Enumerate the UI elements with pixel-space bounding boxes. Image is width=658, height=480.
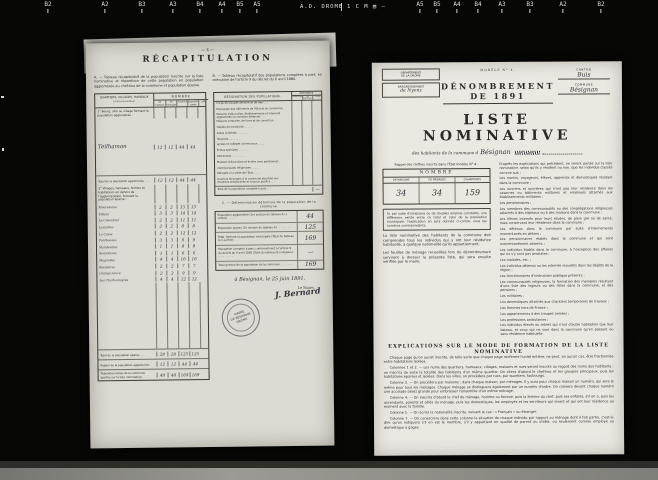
nombre-box: NOMBRE DE MAISONSDE MÉNAGESD'HABITANTS 3… — [382, 168, 490, 205]
row-value: 169 — [190, 372, 201, 377]
hamlet-value: 2 — [155, 204, 166, 209]
hamlet-value: 12 — [177, 276, 188, 281]
hamlet-value: 2 — [166, 204, 177, 209]
microfilm-frame: A.D. DROME 1 C M ▤ — B2A2B3A3B4A4B5A5A5B… — [0, 0, 658, 480]
row-value: 12 — [165, 144, 176, 149]
hamlet-value: 4 — [166, 277, 177, 282]
film-marker-tick — [456, 9, 457, 13]
film-marker-tick — [477, 9, 478, 13]
category-paragraph: Les membres des communautés ou des congr… — [500, 206, 613, 215]
film-marker-tick — [501, 9, 502, 13]
row-value: 12 — [165, 178, 176, 183]
crossed-out-scribble — [515, 151, 541, 155]
category-paragraph: Les professions ambulantes ; — [500, 317, 613, 322]
table-b-comptees-a-part: DÉSIGNATION DES POPULATIONS. NOMBRE d'ho… — [213, 91, 323, 196]
table-b-subcolumn-label: total — [312, 96, 322, 100]
row-value: 44 — [178, 362, 189, 367]
instruction-paragraph: La liste nominative des habitants de la … — [383, 233, 491, 248]
nombre-box-values: 3434159 — [384, 183, 490, 204]
hamlet-value: 2 — [166, 270, 177, 275]
explanations-paragraphs: Chaque page qu'on aurait inscrite, de te… — [384, 354, 614, 430]
closing-block: à Bésignan, le 25 juin 1891. Le Maire, J… — [215, 275, 325, 346]
table-c-row-label: Population comptée à part, conformément … — [216, 245, 297, 261]
film-marker: A3 — [498, 2, 505, 13]
hamlet-value: 1 — [166, 244, 177, 249]
category-paragraph: Les élèves internés pour leurs études, d… — [500, 216, 613, 225]
category-paragraph: Les individus établis dans la commune, à… — [500, 247, 613, 256]
hamlet-value: 16 — [188, 257, 199, 262]
category-paragraph: Les ouvriers et ouvrières qui n'ont pas … — [500, 186, 613, 200]
section-c-heading: C. — Détermination définitive de la popu… — [214, 199, 323, 208]
hamlet-value: 4 — [166, 257, 177, 262]
film-marker-label: B2 — [44, 2, 51, 8]
film-marker-label: B3 — [138, 2, 145, 8]
hamlet-value: 6 — [188, 250, 199, 255]
intro-paragraph-b: B. — Tableau récapitulatif des populatio… — [212, 73, 322, 88]
hamlet-value: 2 — [155, 224, 166, 229]
film-marker-tick — [172, 9, 173, 13]
instruction-paragraph: Les feuilles de ménage recueillies lors … — [383, 250, 491, 265]
film-separator-bar — [341, 3, 342, 11]
category-paragraph: Les pensionnaires établis dans la commun… — [500, 237, 613, 246]
table-c-row-value: — — [297, 244, 323, 259]
film-marker-label: B3 — [526, 2, 533, 8]
film-marker-label: A4 — [453, 2, 460, 8]
hamlet-value: 2 — [166, 230, 177, 235]
stamp-text: MAIRIE — [234, 310, 245, 317]
table-a-subcolumn-label: d'individus — [176, 101, 187, 107]
modele-label: MODÈLE N° 4. — [440, 68, 556, 73]
hamlet-value: 8 — [188, 243, 199, 248]
row-value: 12 — [154, 178, 165, 183]
row-value: 12 — [154, 144, 165, 149]
film-marker: A4 — [218, 2, 225, 13]
dotted-line — [543, 149, 583, 154]
hamlet-value: 2 — [166, 263, 177, 268]
hamlet-value: 7 — [177, 263, 188, 268]
film-marker: B3 — [138, 2, 145, 13]
right-column-paragraphs: D'après les explications qui précèdent, … — [499, 161, 613, 338]
film-marker-label: A3 — [169, 2, 176, 8]
hamlet-value: 12 — [177, 230, 188, 235]
row-value: 12 — [156, 362, 167, 367]
hamlet-value: 9 — [188, 237, 199, 242]
table-c-row: Population éparse (2e section du tableau… — [216, 222, 323, 233]
film-code-label: 1 C M ▤ — — [347, 4, 386, 10]
category-paragraph: Les pensionnaires ; — [500, 200, 613, 205]
stamp-text: DRÔME — [236, 317, 248, 324]
canton-value: Buis — [558, 71, 610, 79]
table-a-subcolumn-label: de ménages — [165, 101, 176, 107]
row-value: 44 — [189, 361, 200, 366]
date-line: à Bésignan, le 25 juin 1891. — [215, 275, 324, 282]
category-paragraph: Les communautés religieuses, la formatio… — [500, 279, 613, 293]
hamlet-value: 2 — [155, 264, 166, 269]
nombre-value: 34 — [419, 183, 454, 203]
row-value: 44 — [187, 144, 198, 149]
table-c-row-value: 169 — [297, 260, 323, 269]
stamp-text: DE BÉSIGNAN — [230, 312, 251, 322]
film-marker-tick — [221, 9, 222, 13]
film-marker-label: B5 — [236, 2, 243, 8]
film-marker-tick — [47, 9, 48, 13]
table-a-subcolumn-label: obs. — [198, 100, 208, 106]
row-value: 40 — [168, 372, 179, 377]
category-paragraph: Les domestiques attachés aux chantiers t… — [500, 299, 613, 304]
category-paragraph: Les détenus dans la commune par suite d'… — [500, 227, 613, 236]
explanation-paragraph: Colonne 5. — On écrira la nationalité in… — [384, 409, 614, 415]
explanation-paragraph: Colonne 3. — On procédera par maisons ; … — [384, 380, 614, 395]
film-marker: A2 — [559, 2, 566, 13]
film-marker-tick — [239, 9, 240, 13]
hamlet-value: 1 — [155, 250, 166, 255]
table-a-subcolumns: de maisonsde ménagesd'individuspopulatio… — [154, 100, 208, 107]
row-value: 169 — [179, 372, 190, 377]
section2-label: 2° Villages, hameaux, fermes et habitati… — [96, 185, 154, 204]
film-marker-tick — [562, 9, 563, 13]
film-marker-label: B4 — [196, 2, 203, 8]
hamlet-value: 9 — [177, 237, 188, 242]
hamlet-value: 11 — [177, 217, 188, 222]
film-marker: B4 — [196, 2, 203, 13]
commune-value: Bésignan — [558, 86, 610, 94]
row-label: Total de la population éparse . . . — [98, 351, 156, 358]
table-c-row-label: Population agglomérée (1re section du ta… — [216, 211, 297, 223]
departement-value: DE LA DROME — [384, 74, 438, 78]
table-b-total-label: Total de la population comptée à part . … — [215, 188, 292, 193]
film-marker-label: B5 — [433, 2, 440, 8]
row-value: 12 — [167, 362, 178, 367]
film-marker: A3 — [169, 2, 176, 13]
table-b-rows: Corps de troupes de terre et de mer . . … — [214, 101, 322, 186]
film-marker-label: A5 — [416, 2, 423, 8]
category-paragraph: Les appartements à des troupes armées ; — [500, 311, 613, 316]
film-marker-tick — [529, 9, 530, 13]
table-b-header: DÉSIGNATION DES POPULATIONS. — [214, 92, 291, 101]
arrondissement-value: de Nyons — [384, 89, 438, 95]
explanation-paragraph: Colonne 4. — On inscrira d'abord le chef… — [384, 394, 614, 409]
film-marker: B2 — [597, 2, 604, 13]
film-archive-label: A.D. DROME — [300, 4, 343, 10]
hamlet-value: 16 — [177, 257, 188, 262]
hamlet-value: 14 — [188, 210, 199, 215]
nombre-value: 34 — [384, 183, 419, 203]
film-marker: B5 — [433, 2, 440, 13]
table-a-subcolumn-label: population totale — [187, 100, 198, 106]
film-header-strip: A.D. DROME 1 C M ▤ — B2A2B3A3B4A4B5A5A5B… — [0, 0, 658, 16]
film-marker-label: B4 — [474, 2, 481, 8]
table-c-row: Total, formant la population municipale … — [216, 231, 323, 245]
row-label: Total de la population agglomérée . . . — [96, 178, 154, 185]
row-value: 28 — [167, 352, 178, 357]
category-paragraph: Les malades, etc. ; — [500, 257, 613, 262]
film-bottom-edge — [0, 468, 658, 480]
hamlet-value: 2 — [155, 217, 166, 222]
hamlet-value: 2 — [155, 270, 166, 275]
left-column-paragraphs: La liste nominative des habitants de la … — [383, 233, 491, 265]
liste-nominative-title: LISTE NOMINATIVE — [382, 111, 612, 144]
hamlet-value: 3 — [166, 211, 177, 216]
rappel-caption: Rappel des chiffres inscrits dans l'État… — [382, 162, 490, 167]
row-label: Rappel de la population agglomérée . — [98, 361, 156, 368]
hamlet-value: 9 — [177, 270, 188, 275]
hamlet-value: 3 — [166, 237, 177, 242]
row-value: 44 — [187, 177, 198, 182]
liste-nominative-page: DÉPARTEMENT DE LA DROME ARRONDISSEMENT d… — [372, 61, 624, 456]
film-marker-tick — [104, 9, 105, 13]
hamlet-value: 12 — [188, 230, 199, 235]
hamlet-value: 1 — [155, 244, 166, 249]
row-value: 28 — [156, 352, 167, 357]
hamlet-value: 8 — [177, 243, 188, 248]
film-marker-tick — [436, 9, 437, 13]
row-value: 125 — [189, 351, 200, 356]
category-paragraph: Les femmes hors de France ; — [500, 305, 613, 310]
category-paragraph: Les militaires ; — [500, 293, 613, 298]
row-value: 125 — [178, 352, 189, 357]
film-marker-tick — [199, 9, 200, 13]
table-c-row-label: Total, formant la population municipale … — [216, 232, 297, 244]
hamlet-value: 8 — [188, 224, 199, 229]
explanation-paragraph: Chaque page qu'on aurait inscrite, de te… — [384, 354, 614, 364]
table-c-row-label: Total général de la population de la com… — [216, 261, 297, 270]
hamlet-value: 9 — [188, 270, 199, 275]
row-label: Teilhamon — [96, 143, 154, 152]
film-marker: A4 — [453, 2, 460, 13]
table-c-row-value: 44 — [297, 210, 323, 222]
film-scratch — [1, 96, 4, 98]
table-c-row: Population comptée à part, conformément … — [216, 243, 323, 260]
category-paragraph: Les marins, voyageurs, élèves, apprentis… — [499, 176, 612, 185]
nombre-value: 159 — [454, 183, 489, 203]
table-b-row-label: Ouvriers étrangers à la commune attachés… — [215, 178, 292, 186]
hamlet-rows: Mourelonne221313Villane331414Le Colombie… — [96, 203, 207, 283]
intro-paragraph-a: A. — Tableau récapitulatif de la populat… — [94, 74, 204, 89]
hamlet-value: 12 — [188, 276, 199, 281]
film-marker: A5 — [253, 2, 260, 13]
film-marker-label: A2 — [559, 2, 566, 8]
film-marker-tick — [141, 9, 142, 13]
hamlet-value: 2 — [166, 224, 177, 229]
table-c-row-label: Population éparse (2e section du tableau… — [216, 223, 297, 232]
hamlet-name: Mandevilles — [97, 243, 155, 250]
hamlet-value: 4 — [155, 257, 166, 262]
hamlet-value: 14 — [177, 211, 188, 216]
film-marker-label: A2 — [101, 2, 108, 8]
hamlet-name: La Casse — [97, 230, 155, 237]
table-b-subcolumn-label: d'hommes — [292, 96, 302, 100]
table-b-total-value: — — [312, 187, 322, 192]
explanation-paragraph: Colonne 7. — On consacrera dans cette co… — [384, 415, 614, 430]
table-b-subcolumn-label: de femmes — [302, 96, 312, 100]
explanations-section: EXPLICATIONS SUR LE MODE DE FORMATION DE… — [384, 342, 615, 430]
film-marker: A2 — [101, 2, 108, 13]
hamlet-value: 11 — [188, 217, 199, 222]
film-marker-tick — [600, 9, 601, 13]
commune-handwritten: Bésignan — [480, 148, 511, 156]
hamlet-value: 3 — [155, 237, 166, 242]
table-c-row-value: 125 — [297, 223, 323, 232]
film-marker: B2 — [44, 2, 51, 13]
section1-label: 1° Bourg, ville ou village formant la po… — [95, 108, 153, 120]
hamlet-value: 1 — [166, 250, 177, 255]
film-marker-label: A3 — [498, 2, 505, 8]
film-marker-tick — [256, 9, 257, 13]
category-paragraph: D'après les explications qui précèdent, … — [499, 161, 612, 175]
film-marker-label: B2 — [597, 2, 604, 8]
row-value: 40 — [157, 372, 168, 377]
hamlet-value: 8 — [177, 224, 188, 229]
subtitle-prefix: des habitants de la commune d — [412, 150, 478, 155]
hamlet-value: 13 — [188, 204, 199, 209]
film-marker: A5 — [416, 2, 423, 13]
note-box: Si, par suite d'omissions ou de doubles … — [383, 208, 491, 231]
row-value: 44 — [176, 178, 187, 183]
film-marker: B3 — [526, 2, 533, 13]
category-paragraph: Les individus détenus ou les internés re… — [500, 263, 613, 272]
hamlet-value: 3 — [155, 211, 166, 216]
table-c-determination: Population agglomérée (1re section du ta… — [215, 209, 325, 270]
film-bottom-edge-dark — [0, 461, 658, 468]
table-c-row: Total général de la population de la com… — [216, 259, 323, 270]
population-totale-row: Population totale de la commune (portée … — [99, 368, 209, 380]
hamlet-value: 2 — [155, 231, 166, 236]
row-label: Population totale de la commune (portée … — [99, 370, 157, 381]
denombrement-heading: DÉNOMBREMENT DE 1891 — [440, 81, 556, 102]
category-paragraph: Les fonctionnaires d'instruction publiqu… — [500, 273, 613, 278]
table-a-subcolumn-label: de maisons — [154, 101, 165, 107]
hamlet-value: 2 — [166, 217, 177, 222]
film-marker: B4 — [474, 2, 481, 13]
category-paragraph: Les individus élevés ou retirés qui n'on… — [500, 323, 613, 337]
row-value: 44 — [176, 144, 187, 149]
hamlet-name: Fontbonnes — [97, 237, 155, 244]
hamlet-value: 4 — [155, 277, 166, 282]
table-a-population: QUARTIERS, VILLAGES, HAMEAUX (maisons is… — [94, 92, 210, 381]
table-b-subcolumns: d'hommesde femmestotal — [292, 96, 321, 100]
hamlet-value: 13 — [177, 204, 188, 209]
film-marker: B5 — [236, 2, 243, 13]
table-b-row: Ouvriers étrangers à la commune attachés… — [215, 177, 322, 185]
film-marker-label: A4 — [218, 2, 225, 8]
table-c-row: Population agglomérée (1re section du ta… — [216, 210, 323, 223]
chef-lieu-row: Teilhamon12124444 — [95, 118, 206, 175]
film-scratch — [2, 148, 4, 151]
film-marker-tick — [419, 9, 420, 13]
explanation-paragraph: Colonnes 1 et 2. — Les noms des quartier… — [384, 365, 614, 380]
hamlet-value: 7 — [188, 263, 199, 268]
table-c-row-value: 169 — [297, 232, 323, 244]
heading-rule — [443, 103, 553, 105]
recapitulation-title: RÉCAPITULATION — [94, 53, 322, 66]
hamlet-value: 6 — [177, 250, 188, 255]
recapitulation-page: — 4 — RÉCAPITULATION A. — Tableau récapi… — [86, 41, 335, 449]
film-marker-label: A5 — [253, 2, 260, 8]
